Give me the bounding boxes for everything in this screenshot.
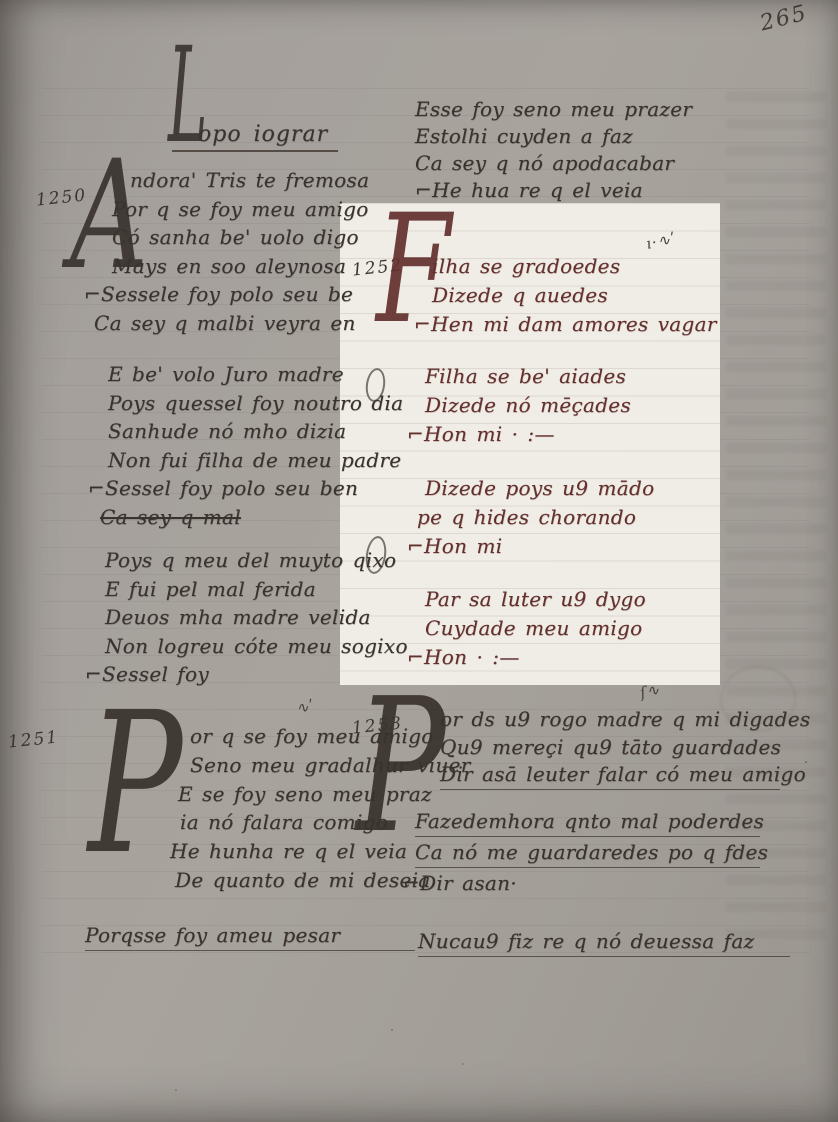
- manuscript-line: ⌐Sessel foy polo seu ben: [88, 474, 403, 503]
- manuscript-line: ⌐He hua re q el veia: [415, 177, 692, 204]
- manuscript-line: Deuos mha madre velida: [105, 603, 408, 632]
- manuscript-line: Cuydade meu amigo: [425, 614, 646, 643]
- manuscript-line: Ca nó me guardaredes po q fdes: [415, 837, 760, 868]
- manuscript-line: or ds u9 rogo madre q mi digades: [440, 706, 810, 734]
- manuscript-line: Có sanha be' uolo digo: [112, 223, 369, 252]
- manuscript-line: Dizede poys u9 mādo: [425, 474, 654, 503]
- manuscript-line: ⌐Hon mi: [407, 532, 654, 561]
- manuscript-line: Sanhude nó mho dizia: [108, 417, 403, 446]
- manuscript-line: ⌐Hen mi dam amores vagar: [414, 310, 717, 339]
- manuscript-line: Qu9 mereçi qu9 tāto guardades: [440, 734, 810, 762]
- stanza-highlighted: Par sa luter u9 dygoCuydade meu amigo⌐Ho…: [425, 585, 646, 672]
- manuscript-line: E fui pel mal ferida: [105, 575, 408, 604]
- manuscript-line: Fazedemhora qnto mal poderdes: [415, 806, 760, 837]
- manuscript-line: Non logreu cóte meu sogixo: [105, 632, 408, 661]
- manuscript-line: Nucau9 fiz re q nó deuessa faz: [418, 926, 790, 957]
- stanza: Nucau9 fiz re q nó deuessa faz: [418, 926, 790, 957]
- stanza: E be' volo Juro madrePoys quessel foy no…: [108, 360, 403, 532]
- stanza: Por ds u9 rogo madre q mi digadesQu9 mer…: [440, 706, 810, 790]
- manuscript-line: E be' volo Juro madre: [108, 360, 403, 389]
- drop-cap-initial: A: [70, 156, 148, 276]
- manuscript-line: Ca sey q malbi veyra en: [94, 309, 369, 338]
- stanza: Fazedemhora qnto mal poderdesCa nó me gu…: [415, 806, 760, 898]
- manuscript-line: Poys quessel foy noutro dia: [108, 389, 403, 418]
- manuscript-line: ilha se gradoedes: [432, 252, 717, 281]
- manuscript-scan: 265 L opo iograr 1250 1251 1252 1253 ∿ʹ …: [0, 0, 838, 1122]
- stanza: Andora' Tris te fremosaPor q se foy meu …: [112, 166, 369, 338]
- marginal-scribble: ∿ʹ: [294, 696, 316, 718]
- manuscript-line: Mays en soo aleynosa: [112, 252, 369, 281]
- manuscript-line: ⌐Dir asan·: [403, 868, 760, 898]
- manuscript-line: pe q hides chorando: [417, 503, 654, 532]
- manuscript-line: Esse foy seno meu prazer: [415, 96, 692, 123]
- manuscript-line: Estolhi cuyden a faz: [415, 123, 692, 150]
- heading-drop-cap: L: [168, 30, 207, 162]
- manuscript-line: Dizede q auedes: [432, 281, 717, 310]
- folio-number: 265: [758, 1, 811, 37]
- poem-heading: L opo iograr: [172, 122, 338, 147]
- manuscript-line: ⌐Hon mi · :—: [407, 420, 631, 449]
- drop-cap-initial: F: [376, 210, 451, 330]
- manuscript-line: Non fui filha de meu padre: [108, 446, 403, 475]
- stanza-highlighted: Filha se gradoedesDizede q auedes⌐Hen mi…: [432, 252, 717, 339]
- stanza: Porqsse foy ameu pesar: [85, 920, 415, 951]
- manuscript-line: Par sa luter u9 dygo: [425, 585, 646, 614]
- manuscript-line: Porqsse foy ameu pesar: [85, 920, 415, 951]
- manuscript-line: Poys q meu del muyto qixo: [105, 546, 408, 575]
- stanza: Esse foy seno meu prazerEstolhi cuyden a…: [415, 96, 692, 204]
- manuscript-line: Ca sey q nó apodacabar: [415, 150, 692, 177]
- manuscript-line: Dizede nó mēçades: [425, 391, 631, 420]
- manuscript-line: Filha se be' aiades: [425, 362, 631, 391]
- stanza-highlighted: Dizede poys u9 mādope q hides chorando⌐H…: [425, 474, 654, 561]
- manuscript-line: ndora' Tris te fremosa: [130, 166, 369, 195]
- manuscript-line: Dir asā leuter falar có meu amigo: [440, 761, 780, 790]
- manuscript-line: Por q se foy meu amigo: [112, 195, 369, 224]
- manuscript-line: Ca sey q mal: [100, 503, 403, 532]
- drop-cap-initial: P: [88, 706, 182, 862]
- stanza-highlighted: Filha se be' aiadesDizede nó mēçades⌐Hon…: [425, 362, 631, 449]
